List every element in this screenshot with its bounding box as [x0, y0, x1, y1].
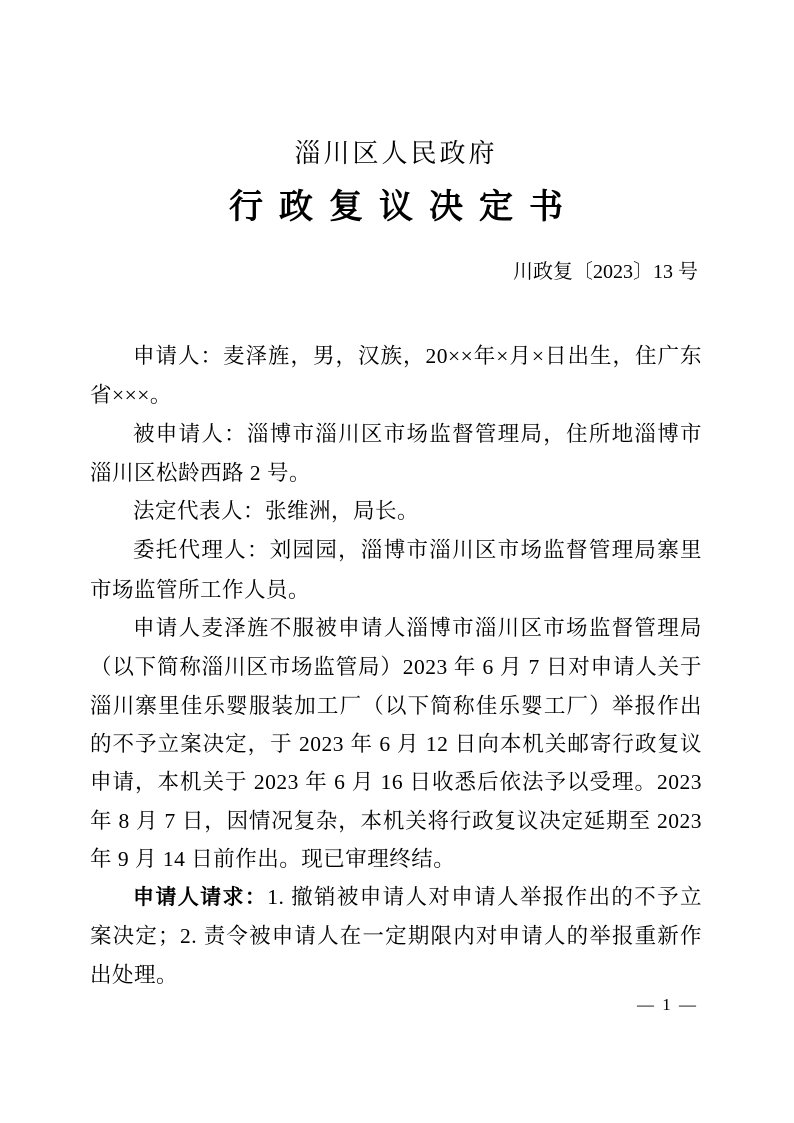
- document-page: 淄川区人民政府 行政复议决定书 川政复〔2023〕13 号 申请人：麦泽旌，男，…: [0, 0, 794, 1123]
- paragraph-text: 法定代表人：张维洲，局长。: [133, 499, 419, 523]
- paragraph-case-background: 申请人麦泽旌不服被申请人淄博市淄川区市场监督管理局（以下简称淄川区市场监管局）2…: [90, 609, 702, 878]
- paragraph-entrusted-agent: 委托代理人：刘园园，淄博市淄川区市场监督管理局寨里市场监管所工作人员。: [90, 531, 702, 609]
- paragraph-applicant-requests: 申请人请求：1. 撤销被申请人对申请人举报作出的不予立案决定；2. 责令被申请人…: [90, 878, 702, 994]
- issuing-agency-title: 淄川区人民政府: [90, 139, 702, 169]
- paragraph-text: 申请人：麦泽旌，男，汉族，20××年×月×日出生，住广东省×××。: [90, 344, 702, 407]
- paragraph-applicant: 申请人：麦泽旌，男，汉族，20××年×月×日出生，住广东省×××。: [90, 337, 702, 415]
- page-number: — 1 —: [637, 995, 698, 1015]
- paragraph-text: 委托代理人：刘园园，淄博市淄川区市场监督管理局寨里市场监管所工作人员。: [90, 538, 702, 601]
- document-reference-number: 川政复〔2023〕13 号: [90, 259, 698, 285]
- paragraph-legal-representative: 法定代表人：张维洲，局长。: [90, 492, 702, 531]
- paragraph-lead-bold: 申请人请求：: [133, 886, 267, 909]
- paragraph-text: 被申请人：淄博市淄川区市场监督管理局，住所地淄博市淄川区松龄西路 2 号。: [90, 422, 702, 485]
- document-body: 申请人：麦泽旌，男，汉族，20××年×月×日出生，住广东省×××。 被申请人：淄…: [90, 337, 702, 994]
- paragraph-respondent: 被申请人：淄博市淄川区市场监督管理局，住所地淄博市淄川区松龄西路 2 号。: [90, 415, 702, 493]
- paragraph-text: 申请人麦泽旌不服被申请人淄博市淄川区市场监督管理局（以下简称淄川区市场监管局）2…: [90, 616, 702, 871]
- document-title: 行政复议决定书: [90, 188, 702, 229]
